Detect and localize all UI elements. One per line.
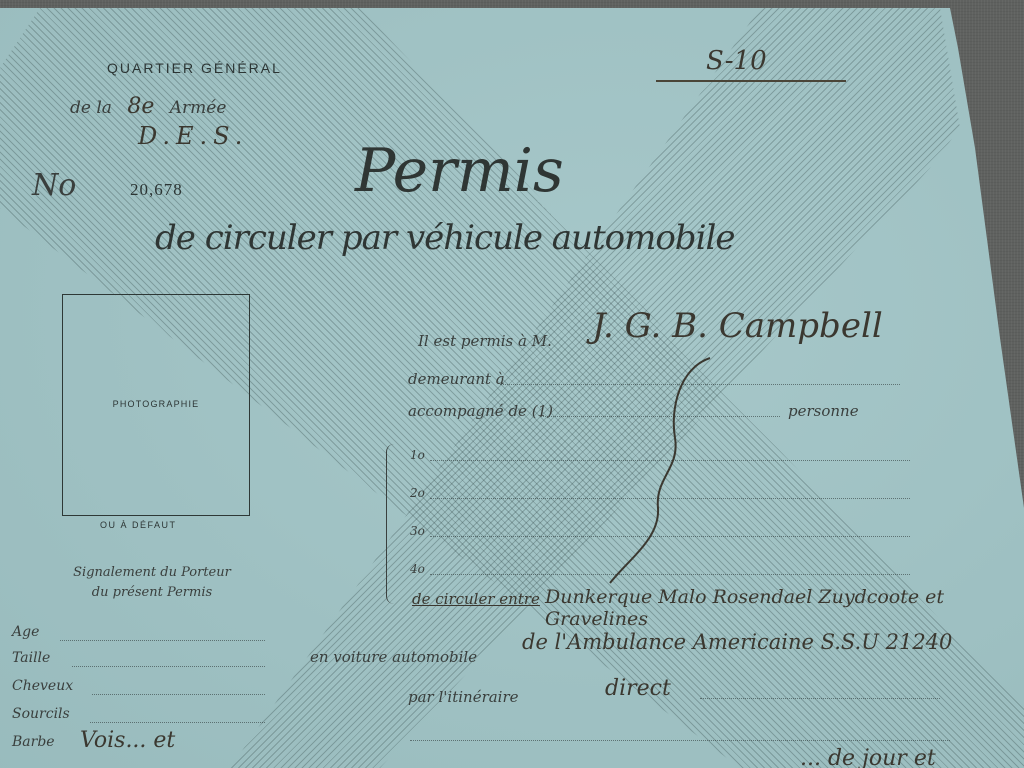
blank-line [410, 740, 950, 741]
headquarters-title: QUARTIER GÉNÉRAL [107, 60, 282, 76]
armee-suffix: Armée [170, 98, 227, 118]
number-label: No [32, 168, 76, 203]
permitted-label: Il est permis à M. [418, 332, 552, 350]
armee-number: 8e [127, 94, 154, 119]
accompanied-label: accompagné de (1) [408, 402, 553, 420]
residence-label: demeurant à [408, 370, 505, 388]
permit-document: QUARTIER GÉNÉRAL de la 8e Armée D.E.S. N… [0, 8, 1024, 768]
armee-prefix: de la [70, 98, 112, 118]
photo-placeholder: PHOTOGRAPHIE [62, 294, 250, 516]
field-label-cheveux: Cheveux [12, 678, 73, 694]
signalement-heading-line1: Signalement du Porteur [32, 563, 272, 583]
bottom-partial-text: ... de jour et [800, 746, 936, 768]
itinerary-label: par l'itinéraire [408, 688, 519, 706]
field-line-cheveux [92, 694, 265, 695]
field-line-taille [72, 666, 265, 667]
accompanied-suffix: personne [788, 402, 859, 420]
field-label-taille: Taille [12, 650, 50, 666]
reference-code: S-10 [706, 46, 767, 76]
companion-label-2: 2o [410, 486, 425, 500]
itinerary-line [700, 698, 940, 699]
photo-fallback-label: OU À DÉFAUT [100, 520, 177, 530]
field-label-sourcils: Sourcils [12, 706, 70, 722]
field-value-barbe: Vois... et [80, 728, 175, 753]
reference-underline [656, 80, 846, 82]
companions-bracket [386, 444, 397, 604]
signalement-heading-line2: du présent Permis [32, 583, 272, 603]
vehicle-label: en voiture automobile [310, 648, 477, 666]
unit-designation: D.E.S. [138, 122, 248, 150]
companion-label-3: 3o [410, 524, 425, 538]
document-title: Permis [355, 136, 564, 206]
route-prefix: de circuler entre [412, 590, 540, 608]
field-line-age [60, 640, 265, 641]
itinerary-value: direct [605, 676, 671, 701]
companion-label-1: 1o [410, 448, 425, 462]
permit-number: 20,678 [130, 180, 183, 200]
handwritten-stroke [600, 348, 720, 588]
signalement-heading: Signalement du Porteur du présent Permis [32, 563, 272, 603]
document-subtitle: de circuler par véhicule automobile [155, 218, 734, 258]
photo-label: PHOTOGRAPHIE [63, 399, 249, 409]
field-label-age: Age [12, 624, 39, 640]
vehicle-value: de l'Ambulance Americaine S.S.U 21240 [522, 630, 952, 654]
armee-line: de la 8e Armée [70, 94, 226, 119]
permitted-name: J. G. B. Campbell [592, 306, 883, 346]
field-label-barbe: Barbe [12, 734, 55, 750]
companion-label-4: 4o [410, 562, 425, 576]
field-line-sourcils [90, 722, 265, 723]
route-value: Dunkerque Malo Rosendael Zuydcoote et Gr… [545, 586, 1024, 630]
